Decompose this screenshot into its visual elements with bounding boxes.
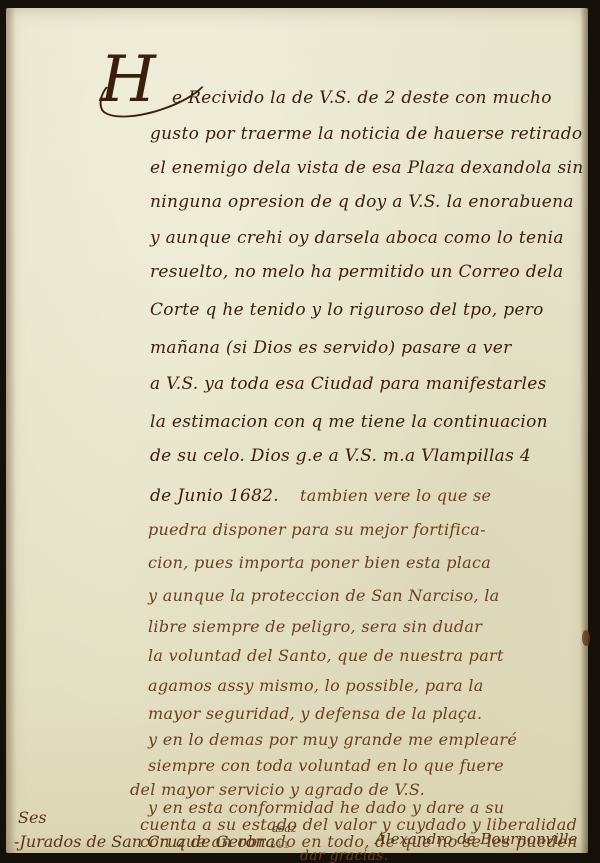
text-line: de su celo. Dios g.e a V.S. m.a Vlampill… [150, 446, 531, 466]
text-line: y en lo demas por muy grande me emplearé [148, 730, 517, 749]
text-line: y aunque crehi oy darsela aboca como lo … [150, 228, 564, 248]
text-line: siempre con toda voluntad en lo que fuer… [148, 756, 504, 775]
text-line: y aunque la proteccion de San Narciso, l… [148, 586, 500, 605]
text-line: resuelto, no melo ha permitido un Correo… [150, 262, 564, 282]
text-line: ninguna opresion de q doy a V.S. la enor… [150, 192, 574, 212]
text-line: cion, pues importa poner bien esta placa [148, 553, 491, 572]
text-line: agamos assy mismo, lo possible, para la [148, 676, 484, 695]
text-line: el enemigo dela vista de esa Plaza dexan… [150, 158, 584, 178]
margin-note-line-1: Ses [18, 808, 47, 827]
folio-number: 511 [270, 840, 289, 851]
text-line: e Recivido la de V.S. de 2 deste con muc… [172, 88, 552, 108]
text-line: a V.S. ya toda esa Ciudad para manifesta… [150, 374, 547, 394]
text-line: gusto por traerme la noticia de hauerse … [150, 124, 582, 144]
text-line: mañana (si Dios es servido) pasare a ver [150, 338, 512, 358]
manuscript-scan: H e Recivido la de V.S. de 2 deste con m… [0, 0, 600, 863]
text-line: de Junio 1682. [150, 486, 279, 506]
text-line: puedra disponer para su mejor fortifica- [148, 520, 486, 539]
text-line: la estimacion con q me tiene la continua… [150, 412, 548, 432]
addressee: -Jurados de San Cruz de Gerona [14, 832, 275, 851]
text-line: tambien vere lo que se [300, 486, 491, 505]
text-line: Corte q he tenido y lo riguroso del tpo,… [150, 300, 544, 320]
text-line: la voluntad del Santo, que de nuestra pa… [148, 646, 504, 665]
text-line: del mayor servicio y agrado de V.S. [130, 780, 425, 799]
initial-letter: H [100, 48, 156, 112]
text-line: libre siempre de peligro, sera sin dudar [148, 617, 482, 636]
supralinear-note: asaz [272, 822, 297, 835]
text-line: dar gracias. [300, 848, 388, 863]
text-line: mayor seguridad, y defensa de la plaça. [148, 704, 482, 723]
signature: Alexandro de Bournonville [375, 830, 577, 848]
ink-stain [582, 630, 590, 646]
